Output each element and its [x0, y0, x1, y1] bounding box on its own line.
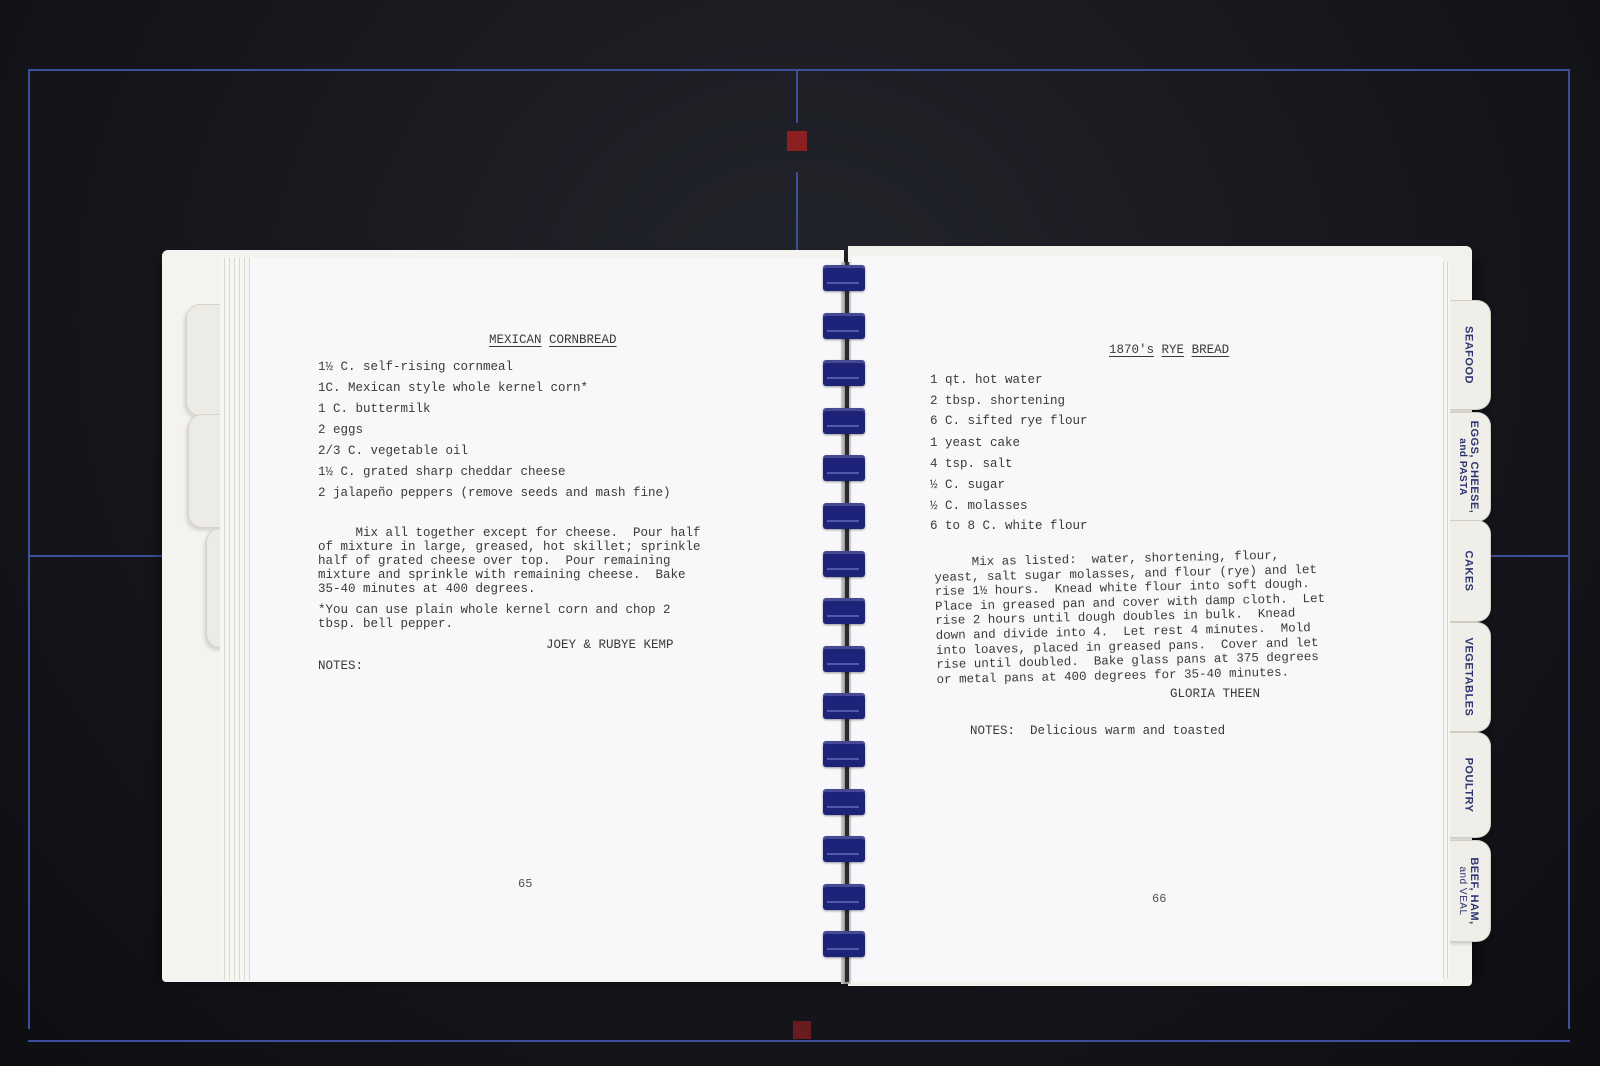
- page-66: 1870's RYE BREAD 1 qt. hot water 2 tbsp.…: [852, 256, 1442, 982]
- page-number: 65: [518, 877, 532, 891]
- ingredient-item: 1 yeast cake: [930, 436, 1020, 450]
- tab-label: SEAFOOD: [1463, 326, 1475, 384]
- section-tab-poultry[interactable]: POULTRY: [1446, 732, 1491, 838]
- binding-ring: [823, 884, 865, 910]
- title-word: RYE: [1162, 343, 1185, 357]
- notes-label: NOTES:: [970, 724, 1015, 738]
- title-word: 1870's: [1109, 343, 1154, 357]
- binding-ring: [823, 265, 865, 291]
- binding-ring: [823, 551, 865, 577]
- guide-center-horizontal-right: [1478, 555, 1570, 557]
- ingredient-item: 4 tsp. salt: [930, 457, 1013, 471]
- notes-line: NOTES: Delicious warm and toasted: [940, 709, 1225, 753]
- guide-center-vertical: [796, 69, 798, 123]
- footnote-line: tbsp. bell pepper.: [318, 617, 453, 632]
- ingredient-item: ½ C. molasses: [930, 499, 1028, 513]
- recipe-title-rye-bread: 1870's RYE BREAD: [1079, 328, 1229, 372]
- tab-label: VEGETABLES: [1463, 638, 1475, 717]
- ingredient-item: 1C. Mexican style whole kernel corn*: [318, 381, 588, 395]
- ingredient-item: 2/3 C. vegetable oil: [318, 444, 468, 458]
- title-word: BREAD: [1192, 343, 1230, 357]
- section-tab-seafood[interactable]: SEAFOOD: [1446, 300, 1491, 410]
- title-word: CORNBREAD: [549, 333, 617, 347]
- section-tab-vegetables[interactable]: VEGETABLES: [1446, 622, 1491, 732]
- binding-ring: [823, 789, 865, 815]
- recipe-title-mexican-cornbread: MEXICAN CORNBREAD: [459, 318, 617, 362]
- directions-line: mixture and sprinkle with remaining chee…: [318, 568, 686, 583]
- section-tab-eggs-cheese-pasta[interactable]: EGGS, CHEESE,and PASTA: [1446, 412, 1491, 522]
- ingredient-item: 2 eggs: [318, 423, 363, 437]
- tab-label: CAKES: [1463, 550, 1475, 591]
- ingredient-item: 1 C. buttermilk: [318, 402, 431, 416]
- ingredient-item: 1 qt. hot water: [930, 373, 1043, 387]
- ingredient-item: ½ C. sugar: [930, 478, 1005, 492]
- binding-ring: [823, 598, 865, 624]
- tab-label: EGGS, CHEESE,: [1468, 421, 1480, 514]
- binding-ring: [823, 931, 865, 957]
- registration-mark-top: [787, 131, 807, 151]
- guide-frame-right: [1568, 69, 1570, 1029]
- registration-mark-bottom: [793, 1021, 811, 1039]
- binding-ring: [823, 408, 865, 434]
- tab-label: BEEF, HAM,: [1468, 857, 1480, 924]
- tab-label: POULTRY: [1463, 758, 1475, 813]
- binding-ring: [823, 313, 865, 339]
- ingredient-item: 6 to 8 C. white flour: [930, 519, 1088, 533]
- binding-ring: [823, 693, 865, 719]
- notes-text: Delicious warm and toasted: [1030, 724, 1225, 738]
- guide-frame-bottom: [28, 1040, 1570, 1042]
- tab-sublabel: and VEAL: [1457, 857, 1468, 924]
- tab-sublabel: and PASTA: [1457, 421, 1468, 514]
- contributor-name: JOEY & RUBYE KEMP: [546, 638, 674, 653]
- guide-center-horizontal-left: [28, 555, 163, 557]
- ingredient-item: 6 C. sifted rye flour: [930, 414, 1088, 428]
- footnote-line: *You can use plain whole kernel corn and…: [318, 603, 671, 618]
- binding-ring: [823, 503, 865, 529]
- ingredient-item: 2 jalapeño peppers (remove seeds and mas…: [318, 486, 671, 500]
- binding-ring: [823, 646, 865, 672]
- section-tab-beef-ham-veal[interactable]: BEEF, HAM,and VEAL: [1446, 840, 1491, 942]
- left-page-edges: [220, 258, 250, 980]
- section-tab-cakes[interactable]: CAKES: [1446, 520, 1491, 622]
- binding-ring: [823, 455, 865, 481]
- binding-ring: [823, 360, 865, 386]
- directions-line: half of grated cheese over top. Pour rem…: [318, 554, 671, 569]
- page-number: 66: [1152, 892, 1166, 906]
- ingredient-item: 1½ C. grated sharp cheddar cheese: [318, 465, 566, 479]
- directions-line: 35-40 minutes at 400 degrees.: [318, 582, 536, 597]
- guide-frame-left: [28, 69, 30, 1029]
- page-65: MEXICAN CORNBREAD 1½ C. self-rising corn…: [250, 258, 840, 980]
- contributor-name: GLORIA THEEN: [1170, 687, 1260, 702]
- directions-line: Mix all together except for cheese. Pour…: [318, 526, 701, 541]
- notes-label: NOTES:: [318, 659, 363, 674]
- guide-frame-top: [28, 69, 1570, 71]
- binding-ring: [823, 741, 865, 767]
- directions-line: of mixture in large, greased, hot skille…: [318, 540, 701, 555]
- title-word: MEXICAN: [489, 333, 542, 347]
- binding-ring: [823, 836, 865, 862]
- guide-center-vertical-lower: [796, 172, 798, 252]
- ingredient-item: 2 tbsp. shortening: [930, 394, 1065, 408]
- ingredient-item: 1½ C. self-rising cornmeal: [318, 360, 513, 374]
